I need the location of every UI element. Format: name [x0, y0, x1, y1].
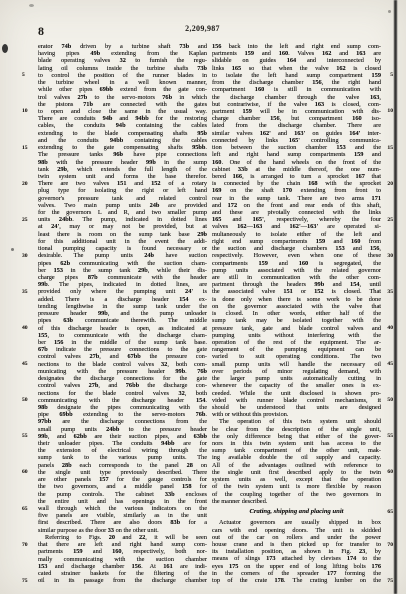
line-text: extending to the gate compensating shaft… [38, 144, 207, 151]
line-number: 75 [387, 578, 393, 584]
line-text: the single unit first described apply to… [212, 469, 381, 476]
line-text: to isolate the left hand sump compartmen… [212, 72, 381, 79]
line-text: pipes 62b communicating with the suction… [38, 260, 207, 267]
line-text: 98b designate the pipes communicating wi… [38, 404, 207, 411]
text-line: ber 153 in the sump tank 29b, while thei… [38, 267, 207, 274]
ink-speck [11, 248, 14, 251]
line-text: 156 back into the left and right end sum… [212, 43, 381, 50]
line-text: at 24', may or may not be provided, but … [38, 223, 207, 230]
text-line: but contrariwise, if the valve 163 is cl… [212, 101, 381, 108]
text-line: 35the associated valve 151 or 152 is clo… [212, 288, 381, 295]
text-line: 5to control the position of the runner b… [38, 72, 207, 79]
line-number: 20 [22, 181, 28, 187]
line-text: connected by links 165' controlling comm… [212, 137, 381, 144]
text-line: 75oil in its passage from the discharge … [38, 577, 207, 584]
line-text: nections to the blade control valves 32,… [38, 361, 207, 368]
text-line: tending lengthwise in the sump tank unde… [38, 303, 207, 310]
text-line: sump tank compartment of the other unit,… [212, 447, 381, 454]
text-line: There are conduits 94b and 94bb for the … [38, 115, 207, 122]
text-line: should be understood that units are desi… [212, 404, 381, 411]
line-text: the entire unit and has openings in the … [38, 498, 207, 505]
text-line: least there is room on the sump tank bas… [38, 231, 207, 238]
line-number: 75 [22, 578, 28, 584]
line-text: the only difference being that either of… [212, 433, 381, 440]
text-columns: erator 74b driven by a turbine shaft 73b… [38, 43, 381, 584]
line-text: lating oil columns inside the turbine sh… [38, 65, 207, 72]
text-line: ber 156 in the middle of the sump tank b… [38, 339, 207, 346]
line-text: first described. There are also doors 83… [38, 519, 207, 526]
text-line: control valves 27b, and 76bb the dischar… [38, 382, 207, 389]
text-line: The pressure tanks 96b have pipe connect… [38, 151, 207, 158]
line-number: 5 [390, 72, 393, 78]
text-line: the extension of electrical wiring throu… [38, 447, 207, 454]
line-text: means of slings 173 attached by clevises… [212, 555, 381, 562]
line-text: slidable on guides 164 and interconnecte… [212, 57, 381, 64]
line-text: links 165 so that when the valve 162 is … [212, 65, 381, 72]
text-line: Referring to Figs. 20 and 22, it will be… [38, 534, 207, 541]
text-line: sump tank to the various pump units. The [38, 454, 207, 461]
line-text: the discharge chamber through the valve … [212, 94, 381, 101]
text-line: All of the advantages outlined with refe… [212, 462, 381, 469]
line-text: rear in the sump tank. There are two arm… [212, 195, 381, 202]
line-text: Crating, shipping and placing unit [212, 505, 381, 519]
line-text: sump tank compartment of the other unit,… [212, 447, 381, 454]
text-line: nections for the blade control valves 32… [38, 390, 207, 397]
text-line: extending to the blade compensating shaf… [38, 130, 207, 137]
line-text: control valves 27b, and 67bb the pressur… [38, 353, 207, 360]
line-text: pump units associated with the related g… [212, 267, 381, 274]
text-line: tional pumping capacity is found necessa… [38, 245, 207, 252]
ink-speck [29, 4, 34, 7]
line-text: cabinet 33b at the middle thereof, the o… [212, 166, 381, 173]
line-text: left and right hand sump compartments 15… [212, 151, 381, 158]
line-text: partment through the headers 99b and 154… [212, 281, 381, 288]
line-text: 97bb are the discharge connections from … [38, 418, 207, 425]
text-line: valves 162—163 and 162'—163' are operate… [212, 223, 381, 230]
line-text: 160. One of the hand wheels on the front… [212, 159, 381, 166]
text-line: 45nections to the blade control valves 3… [38, 361, 207, 368]
line-text: the associated valve 151 or 152 is close… [212, 288, 381, 295]
text-line: rangement of the pumping equipment can b… [212, 346, 381, 353]
line-number: 60 [387, 469, 393, 475]
line-text: house crane and is then picked up for tr… [212, 541, 381, 548]
text-line: compartments 159 and 160 is segregated, … [212, 260, 381, 267]
line-text: whenever the capacity of the smaller one… [212, 382, 381, 389]
line-text: 67b indicate the pressure connections to… [38, 346, 207, 353]
text-line: the pistons 71b are connected with the g… [38, 101, 207, 108]
line-text: blade operating valves 32 to furnish the… [38, 57, 207, 64]
line-text: municating with the pressure header 99b.… [38, 368, 207, 375]
text-column-left: erator 74b driven by a turbine shaft 73b… [38, 43, 207, 584]
line-text: sump tank may be isolated together with … [212, 317, 381, 324]
line-number: 25 [387, 217, 393, 223]
line-text: designates the discharge connections for… [38, 375, 207, 382]
line-text: desirable. The pump units 24b have sucti… [38, 252, 207, 259]
text-line: cabinet 33b at the middle thereof, the o… [212, 166, 381, 173]
patent-page-scan: 8 2,209,987 erator 74b driven by a turbi… [0, 0, 406, 594]
text-line: 25units 24bb. The pump, indicated in dot… [38, 216, 207, 223]
line-text: tank 29b, which extends the full length … [38, 166, 207, 173]
text-line: 70that there are left and right hand sum… [38, 541, 207, 548]
line-text: panels 28b each corresponds to the panel… [38, 462, 207, 469]
text-line: 55the only difference being that either … [212, 433, 381, 440]
page-content: 8 2,209,987 erator 74b driven by a turbi… [38, 22, 381, 584]
line-text: vided with runner blade control mechanis… [212, 397, 381, 404]
line-text: The pressure tanks 96b have pipe connect… [38, 151, 207, 158]
text-line: cables, the conduits 94b containing the … [38, 122, 207, 129]
line-number: 15 [22, 145, 28, 151]
line-text: 165 and 165', respectively, whereby the … [212, 216, 381, 223]
text-line: right end sump compartments 159 and 160 … [212, 238, 381, 245]
text-line: at 24', may or may not be provided, but … [38, 223, 207, 230]
line-number: 70 [22, 542, 28, 548]
text-line: bered 166, is arranged to turn a sprocke… [212, 173, 381, 180]
text-line: trol valves 27b to the servo-motors 76b … [38, 94, 207, 101]
text-line: partment through the headers 99b and 154… [212, 281, 381, 288]
line-number: 30 [387, 253, 393, 259]
line-text: to control the position of the runner bl… [38, 72, 207, 79]
line-text: should be understood that units are desi… [212, 404, 381, 411]
line-number: 5 [22, 72, 25, 78]
line-text: similar purpose as the door 33 on the ot… [38, 527, 207, 534]
line-text: All of the advantages outlined with refe… [212, 462, 381, 469]
text-line: 155, to communicate with the discharge c… [38, 332, 207, 339]
line-text: compartment 160 is still in communicatio… [212, 86, 381, 93]
line-text: charge pipes 87b communicate with the he… [38, 274, 207, 281]
text-line: connected by links 165' controlling comm… [212, 137, 381, 144]
text-line: blade operating valves 32 to furnish the… [38, 57, 207, 64]
line-text: 153 and discharge chamber 156. At 161 ar… [38, 563, 207, 570]
text-line: charge pipes 87b communicate with the he… [38, 274, 207, 281]
text-line: pipes 62b communicating with the suction… [38, 260, 207, 267]
text-line: 160. One of the hand wheels on the front… [212, 159, 381, 166]
line-text: communicating with the discharge header … [38, 397, 207, 404]
text-line: 25165 and 165', respectively, whereby th… [212, 216, 381, 223]
text-line: 30respectively. However, even when one o… [212, 252, 381, 259]
line-text: compartments 159 and 160 is segregated, … [212, 260, 381, 267]
line-text: the pump controls. The cabinet 33b enclo… [38, 491, 207, 498]
line-text: for the governors L and R, and two small… [38, 209, 207, 216]
text-line: eyes 175 on the upper end of long liftin… [212, 563, 381, 570]
line-text: cables, the conduits 94b containing the … [38, 122, 207, 129]
line-text: small pump units 24bb to the pressure he… [38, 426, 207, 433]
scan-edge-artifact [394, 0, 397, 594]
line-number: 40 [387, 325, 393, 331]
text-line: whenever the capacity of the smaller one… [212, 382, 381, 389]
text-line: added. There is a discharge header 154 e… [38, 296, 207, 303]
line-text: partments 159 and 160, respectively, bot… [38, 548, 207, 555]
patent-number: 2,209,987 [38, 24, 367, 33]
line-number: 40 [22, 325, 28, 331]
text-line: partments 159 and 160. Valves 162 and 16… [212, 50, 381, 57]
line-text: the two governors, and a middle panel 15… [38, 483, 207, 490]
line-text: ber 153 in the sump tank 29b, while thei… [38, 267, 207, 274]
line-number: 10 [22, 108, 28, 114]
line-text: pressure header 99b, and the pump unload… [38, 310, 207, 317]
text-line: 40of this discharge header is open, as i… [38, 325, 207, 332]
line-number: 35 [387, 289, 393, 295]
line-text: of the twin system unit is more flexible… [212, 483, 381, 490]
line-text: lated from the discharge chamber. There … [212, 122, 381, 129]
text-line: cars with end opening doors. The unit is… [212, 527, 381, 534]
line-number: 30 [22, 253, 28, 259]
text-line: first described. There are also doors 83… [38, 519, 207, 526]
text-line: pump units associated with the related g… [212, 267, 381, 274]
line-text: 98b with the pressure header 99b in the … [38, 159, 207, 166]
text-line: 5599b, and 62bb are their suction pipes,… [38, 433, 207, 440]
text-line: means of slings 173 attached by clevises… [212, 555, 381, 562]
line-text: extending to the blade compensating shaf… [38, 130, 207, 137]
text-line: small pump units 24bb to the pressure he… [38, 426, 207, 433]
line-text: similar valves 162' and 163' on guides 1… [212, 130, 381, 137]
line-number: 60 [22, 469, 28, 475]
text-line: 60the single unit first described apply … [212, 469, 381, 476]
text-column-right: 156 back into the left and right end sum… [212, 43, 381, 584]
text-line: similar valves 162' and 163' on guides 1… [212, 130, 381, 137]
line-number: 55 [22, 433, 28, 439]
line-text: respectively. However, even when one of … [212, 252, 381, 259]
text-line: designates the discharge connections for… [38, 375, 207, 382]
line-text: are still in communication with the othe… [212, 274, 381, 281]
text-line: left and right hand sump compartments 15… [212, 151, 381, 158]
text-line: 67b indicate the pressure connections to… [38, 346, 207, 353]
text-line: 40pressure tank, gate and blade control … [212, 325, 381, 332]
line-text: over periods of minor regulating demand,… [212, 368, 381, 375]
line-text: the manner described. [212, 498, 381, 505]
text-line: lating oil columns inside the turbine sh… [38, 65, 207, 72]
text-line: tank 29b, which extends the full length … [38, 166, 207, 173]
line-text: There are conduits 94b and 94bb for the … [38, 115, 207, 122]
line-text: valves. Two main pump units 24b are prov… [38, 202, 207, 209]
line-text: of the coupling together of the two gove… [212, 491, 381, 498]
line-text: ber 156 in the middle of the sump tank b… [38, 339, 207, 346]
line-text: and the conduits 94bb containing the cab… [38, 137, 207, 144]
text-line: 169 on the shaft 170 extending from fron… [212, 187, 381, 194]
text-line: valves. Two main pump units 24b are prov… [38, 202, 207, 209]
line-text: mally communicating with the suction cha… [38, 556, 207, 563]
line-text: added. There is a discharge header 154 e… [38, 296, 207, 303]
text-line: for the governors L and R, and two small… [38, 209, 207, 216]
line-text: Actuator governors are usually shipped i… [212, 519, 381, 526]
line-number: 50 [387, 397, 393, 403]
line-text: sump tank to the various pump units. The [38, 454, 207, 461]
line-text: rangement of the pumping equipment can b… [212, 346, 381, 353]
text-line: slidable on guides 164 and interconnecte… [212, 57, 381, 64]
text-line: rear in the sump tank. There are two arm… [212, 195, 381, 202]
text-line: ing available double the oil supply and … [212, 454, 381, 461]
line-text: plug type for isolating the right or lef… [38, 187, 207, 194]
text-line: 45small pump units will handle the neces… [212, 361, 381, 368]
line-text: The operation of this twin system unit s… [212, 418, 381, 425]
line-text: least there is room on the sump tank bas… [38, 231, 207, 238]
line-number: 35 [22, 289, 28, 295]
text-line: be clear from the description of the sin… [212, 426, 381, 433]
line-number: 65 [387, 509, 393, 515]
text-line: panels 28b each corresponds to the panel… [38, 462, 207, 469]
text-line: is closed. In other words, either half o… [212, 310, 381, 317]
text-line: sump tank may be isolated together with … [212, 317, 381, 324]
line-text: small pump units will handle the necessa… [212, 361, 381, 368]
text-line: compartment 160 is still in communicatio… [212, 86, 381, 93]
line-text: but contrariwise, if the valve 163 is cl… [212, 101, 381, 108]
text-line: 98b designate the pipes communicating wi… [38, 404, 207, 411]
text-line: mally communicating with the suction cha… [38, 556, 207, 563]
line-text: top of the crate 178. The crating lumber… [212, 577, 381, 584]
text-line: pumping units without interfering with t… [212, 332, 381, 339]
line-number: 45 [22, 361, 28, 367]
line-number: 70 [387, 542, 393, 548]
line-text: right end sump compartments 159 and 160 … [212, 238, 381, 245]
line-number: 20 [387, 181, 393, 187]
line-text: 99b. The pipes, indicated in dotted line… [38, 281, 207, 288]
text-line: varied to suit operating conditions. The… [212, 353, 381, 360]
text-line: are still in communication with the othe… [212, 274, 381, 281]
line-text: Referring to Figs. 20 and 22, it will be… [38, 534, 207, 541]
line-text: out of the car on rollers and under the … [212, 534, 381, 541]
text-line: 156 back into the left and right end sum… [212, 43, 381, 50]
text-line: the discharge chamber through the valve … [212, 94, 381, 101]
line-text: pressure tank, gate and blade control va… [212, 325, 381, 332]
line-text: partment 159 will be in communication wi… [212, 108, 381, 115]
text-line: the two governors, and a middle panel 15… [38, 483, 207, 490]
text-line: 5to isolate the left hand sump compartme… [212, 72, 381, 79]
line-text: nections for the blade control valves 32… [38, 390, 207, 397]
text-line: 70house crane and is then picked up for … [212, 541, 381, 548]
line-text: tending lengthwise in the sump tank unde… [38, 303, 207, 310]
line-text: is done only when there is some work to … [212, 296, 381, 303]
text-line: ceeded. While the unit disclosed is show… [212, 390, 381, 397]
text-line: governor's pressure tank and related con… [38, 195, 207, 202]
text-line: the entire unit and has openings in the … [38, 498, 207, 505]
text-line: and 172 on the front and rear ends of th… [212, 202, 381, 209]
line-number: 55 [387, 433, 393, 439]
line-text: of this discharge header is open, as ind… [38, 325, 207, 332]
text-line: lated from the discharge chamber. There … [212, 122, 381, 129]
text-line: pipes 63b communicate therewith. The mid… [38, 317, 207, 324]
text-line: on the governor associated with the valv… [212, 303, 381, 310]
text-line: the manner described. [212, 498, 381, 505]
text-line: links 165 so that when the valve 162 is … [212, 65, 381, 72]
text-line: plug type for isolating the right or lef… [38, 187, 207, 194]
line-text: provided only where the pumping unit 24'… [38, 288, 207, 295]
line-number: 50 [22, 397, 28, 403]
line-text: while other pipes 69bb extend from the g… [38, 86, 207, 93]
line-text: valves 162—163 and 162'—163' are operate… [212, 223, 381, 230]
line-text: 169 on the shaft 170 extending from fron… [212, 187, 381, 194]
text-line: 50vided with runner blade control mechan… [212, 397, 381, 404]
text-line: of the twin system unit is more flexible… [212, 483, 381, 490]
line-number: 25 [22, 217, 28, 223]
text-line: 75top of the crate 178. The crating lumb… [212, 577, 381, 584]
line-text: 155, to communicate with the discharge c… [38, 332, 207, 339]
text-line: pressure header 99b, and the pump unload… [38, 310, 207, 317]
text-line: from the discharge chamber 156, the righ… [212, 79, 381, 86]
text-line: 99b. The pipes, indicated in dotted line… [38, 281, 207, 288]
text-line: 97bb are the discharge connections from … [38, 418, 207, 425]
ink-speck [388, 10, 391, 13]
line-text: oil in its passage from the discharge ch… [38, 577, 207, 584]
line-text: varied to suit operating conditions. The… [212, 353, 381, 360]
line-text: the pistons 71b are connected with the g… [38, 101, 207, 108]
text-line: similar purpose as the door 33 on the ot… [38, 527, 207, 534]
line-text: tional pumping capacity is found necessa… [38, 245, 207, 252]
text-line: 98b with the pressure header 99b in the … [38, 159, 207, 166]
line-number: 45 [387, 361, 393, 367]
line-text: pumping units without interfering with t… [212, 332, 381, 339]
line-number: 10 [387, 108, 393, 114]
text-line: 15extending to the gate compensating sha… [38, 144, 207, 151]
text-line: while other pipes 69bb extend from the g… [38, 86, 207, 93]
text-line: and the conduits 94bb containing the cab… [38, 137, 207, 144]
text-line: Actuator governors are usually shipped i… [212, 519, 381, 526]
line-text: bered 166, is arranged to turn a sprocke… [212, 173, 381, 180]
text-line: 35provided only where the pumping unit 2… [38, 288, 207, 295]
text-line: control valves 27b, and 67bb the pressur… [38, 353, 207, 360]
text-line: of the coupling together of the two gove… [212, 491, 381, 498]
line-number: 15 [387, 145, 393, 151]
line-text: that there are left and right hand sump … [38, 541, 207, 548]
section-heading: 65Crating, shipping and placing unit [212, 505, 381, 519]
line-text: pipes 63b communicate therewith. The mid… [38, 317, 207, 324]
text-line: over periods of minor regulating demand,… [212, 368, 381, 375]
ink-speck [2, 44, 8, 53]
line-text: governor's pressure tank and related con… [38, 195, 207, 202]
line-text: multaneously to isolate either of the le… [212, 231, 381, 238]
line-text: 99b, and 62bb are their suction pipes, a… [38, 433, 207, 440]
text-line: out of the car on rollers and under the … [212, 534, 381, 541]
line-text: control valves 27b, and 76bb the dischar… [38, 382, 207, 389]
text-line: 50communicating with the discharge heade… [38, 397, 207, 404]
text-line: 10partment 159 will be in communication … [212, 108, 381, 115]
line-text: trol valves 27b to the servo-motors 76b … [38, 94, 207, 101]
text-line: municating with the pressure header 99b.… [38, 368, 207, 375]
line-text: and 172 on the front and rear ends of th… [212, 202, 381, 209]
text-line: the pump controls. The cabinet 33b enclo… [38, 491, 207, 498]
line-text: from the discharge chamber 156, the righ… [212, 79, 381, 86]
text-line: 30desirable. The pump units 24b have suc… [38, 252, 207, 259]
text-line: 153 and discharge chamber 156. At 161 ar… [38, 563, 207, 570]
line-number: 65 [22, 506, 28, 512]
text-line: multaneously to isolate either of the le… [212, 231, 381, 238]
text-line: The operation of this twin system unit s… [212, 418, 381, 425]
line-text: units 24bb. The pump, indicated in dotte… [38, 216, 207, 223]
line-text: partments 159 and 160. Valves 162 and 16… [212, 50, 381, 57]
line-text: cars with end opening doors. The unit is… [212, 527, 381, 534]
line-text: ceeded. While the unit disclosed is show… [212, 390, 381, 397]
text-line: is done only when there is some work to … [212, 296, 381, 303]
line-text: be clear from the description of the sin… [212, 426, 381, 433]
page-header: 8 2,209,987 [38, 22, 381, 35]
line-text: on the governor associated with the valv… [212, 303, 381, 310]
line-text: is closed. In other words, either half o… [212, 310, 381, 317]
line-text: ing available double the oil supply and … [212, 454, 381, 461]
text-line: partments 159 and 160, respectively, bot… [38, 548, 207, 555]
line-text: eyes 175 on the upper end of long liftin… [212, 563, 381, 570]
line-text: the extension of electrical wiring throu… [38, 447, 207, 454]
